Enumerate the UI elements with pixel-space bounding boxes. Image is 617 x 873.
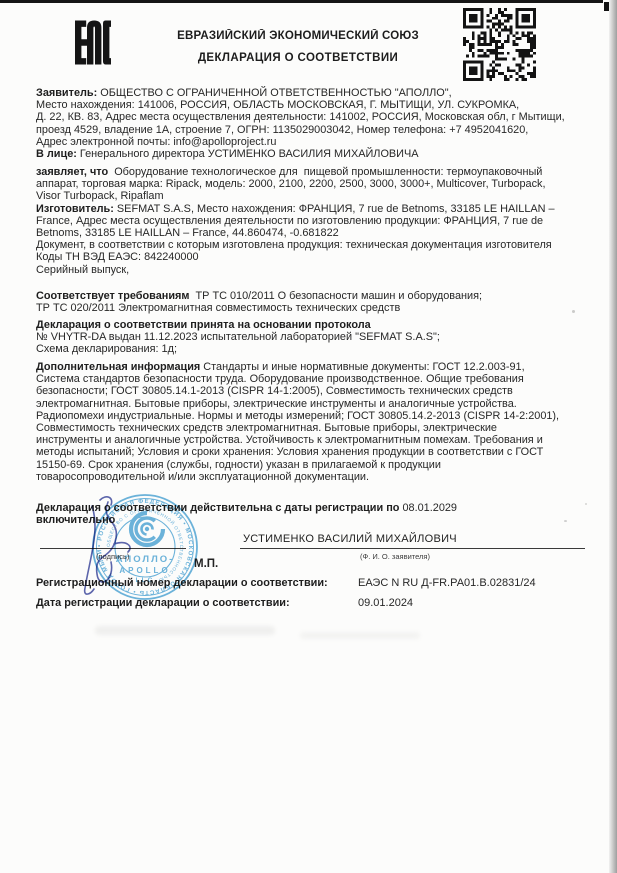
registration-date-value: 09.01.2024	[358, 597, 413, 609]
declaration-document: ЕВРАЗИЙСКИЙ ЭКОНОМИЧЕСКИЙ СОЮЗ ДЕКЛАРАЦИ…	[0, 0, 617, 873]
union-title: ЕВРАЗИЙСКИЙ ЭКОНОМИЧЕСКИЙ СОЮЗ	[148, 30, 448, 42]
text-line: Серийный выпуск,	[36, 264, 592, 276]
text-line: Документ, в соответствии с которым изгот…	[36, 239, 592, 251]
text-line: Декларация о соответствии принята на осн…	[36, 319, 592, 331]
scan-top-edge	[0, 0, 603, 3]
text-line: инструменты и аналогичные устройства. Ус…	[36, 434, 592, 446]
text-line: Адрес электронной почты: info@apolloproj…	[36, 136, 592, 148]
text-line: В лице: Генерального директора УСТИМЕНКО…	[36, 148, 592, 160]
text-block: Декларация о соответствии принята на осн…	[36, 319, 592, 356]
text-line: заявляет, что Оборудование технологическ…	[36, 166, 592, 178]
scan-smudge	[300, 632, 420, 639]
text-line: Система стандартов безопасности труда. О…	[36, 373, 592, 385]
text-line: Схема декларирования: 1д;	[36, 343, 592, 355]
text-line: Дополнительная информация Стандарты и ин…	[36, 361, 592, 373]
scan-right-edge	[609, 0, 617, 873]
text-line: № VHYTR-DA выдан 11.12.2023 испытательно…	[36, 331, 592, 343]
text-block: заявляет, что Оборудование технологическ…	[36, 166, 592, 276]
qr-code	[463, 8, 536, 81]
handwritten-signature	[70, 492, 160, 602]
applicant-name: УСТИМЕНКО ВАСИЛИЙ МИХАЙЛОВИЧ	[243, 533, 457, 545]
text-line: Д. 22, КВ. 83, Адрес места осуществления…	[36, 111, 592, 123]
doc-title: ДЕКЛАРАЦИЯ О СООТВЕТСТВИИ	[148, 52, 448, 64]
scan-speck	[564, 520, 567, 522]
text-block: Соответствует требованиям ТР ТС 010/2011…	[36, 290, 592, 314]
scan-speck	[585, 503, 587, 505]
text-line: безопасности; ГОСТ 30805.14.1-2013 (CISP…	[36, 385, 592, 397]
text-line: методы испытаний; Условия и сроки хранен…	[36, 446, 592, 458]
text-line: Место нахождения: 141006, РОССИЯ, ОБЛАСТ…	[36, 99, 592, 111]
text-line: ТР ТС 020/2011 Электромагнитная совмести…	[36, 302, 592, 314]
text-line: электромагнитная. Бытовые приборы, элект…	[36, 398, 592, 410]
text-line: Радиопомехи индустриальные. Нормы и мето…	[36, 410, 592, 422]
text-line: Соответствует требованиям ТР ТС 010/2011…	[36, 290, 592, 302]
text-line: Заявитель: ОБЩЕСТВО С ОГРАНИЧЕННОЙ ОТВЕТ…	[36, 87, 592, 99]
text-line: Совместимость технических средств электр…	[36, 422, 592, 434]
fio-label: (Ф. И. О. заявителя)	[330, 552, 460, 561]
text-line: 15150-69. Срок хранения (службы, годност…	[36, 459, 592, 471]
text-line: France, Адрес места осуществления деятел…	[36, 215, 592, 227]
fio-line	[240, 548, 585, 549]
text-line: аппарат, торговая марка: Ripack, модель:…	[36, 178, 592, 190]
scan-speck	[572, 310, 575, 313]
eac-logo-icon	[75, 20, 111, 65]
text-line: Изготовитель: SEFMAT S.A.S, Место нахожд…	[36, 203, 592, 215]
text-line: Коды ТН ВЭД ЕАЭС: 842240000	[36, 251, 592, 263]
text-line: Visor Turbopack, Ripaflam	[36, 190, 592, 202]
scan-smudge	[95, 626, 275, 635]
text-line: проезд 4529, владение 1А, строение 7, ОГ…	[36, 124, 592, 136]
text-block: Дополнительная информация Стандарты и ин…	[36, 361, 592, 483]
header-titles: ЕВРАЗИЙСКИЙ ЭКОНОМИЧЕСКИЙ СОЮЗ ДЕКЛАРАЦИ…	[148, 30, 448, 64]
text-line: Betnoms, 33185 LE HAILLAN – France, 44.8…	[36, 227, 592, 239]
registration-number-value: ЕАЭС N RU Д-FR.РА01.В.02831/24	[358, 577, 536, 589]
text-block: Заявитель: ОБЩЕСТВО С ОГРАНИЧЕННОЙ ОТВЕТ…	[36, 87, 592, 160]
